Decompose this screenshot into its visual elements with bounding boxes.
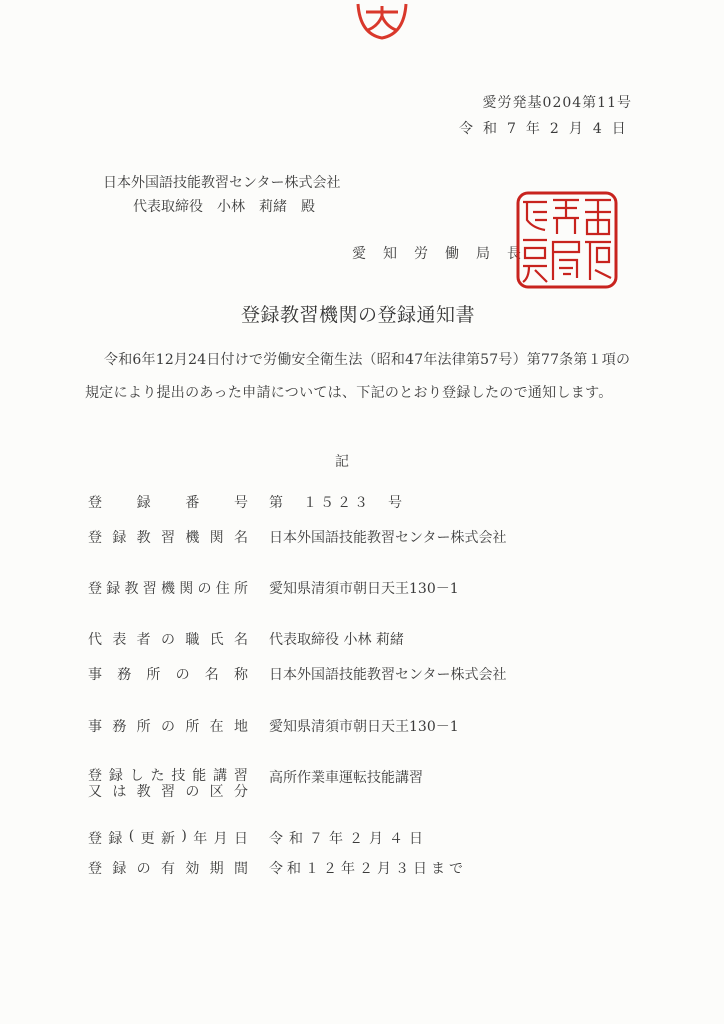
record-value: 代表取締役 小林 莉緒 bbox=[269, 629, 404, 649]
record-value: 愛知県清須市朝日天王130－1 bbox=[269, 716, 459, 736]
record-value: 愛知県清須市朝日天王130－1 bbox=[269, 578, 459, 598]
record-value: 第 １５２３ 号 bbox=[269, 492, 405, 512]
record-value: 令和７年２月４日 bbox=[269, 828, 429, 848]
record-label: 登録教習機関の住所 bbox=[88, 578, 248, 598]
record-label: 登録した技能講習 又は教習の区分 bbox=[88, 768, 248, 800]
record-label: 登録教習機関名 bbox=[88, 527, 248, 547]
record-value: 令和１２年２月３日まで bbox=[269, 858, 467, 878]
official-seal-icon bbox=[515, 190, 619, 290]
record-label: 代表者の職氏名 bbox=[88, 629, 248, 649]
record-label: 事務所の所在地 bbox=[88, 716, 248, 736]
record-value: 日本外国語技能教習センター株式会社 bbox=[269, 664, 506, 684]
record-value: 日本外国語技能教習センター株式会社 bbox=[269, 527, 506, 547]
record-label: 登録(更新)年月日 bbox=[88, 828, 248, 848]
ministry-emblem-icon bbox=[352, 0, 412, 42]
body-text-line-2: 規定により提出のあった申請については、下記のとおり登録したので通知します。 bbox=[85, 382, 613, 402]
ki-heading: 記 bbox=[335, 451, 349, 471]
record-label: 事務所の名称 bbox=[88, 664, 248, 684]
record-label: 登録番号 bbox=[88, 492, 248, 512]
document-title: 登録教習機関の登録通知書 bbox=[241, 300, 475, 327]
record-label: 登録の有効期間 bbox=[88, 858, 248, 878]
addressee-company: 日本外国語技能教習センター株式会社 bbox=[103, 172, 340, 192]
record-value: 高所作業車運転技能講習 bbox=[269, 767, 423, 787]
issuer-name: 愛知労働局長 bbox=[352, 243, 538, 263]
notification-document: 愛労発基0204第11号 令和7年2月4日 日本外国語技能教習センター株式会社 … bbox=[0, 0, 724, 1024]
document-number: 愛労発基0204第11号 bbox=[483, 92, 632, 112]
body-text-line-1: 令和6年12月24日付けで労働安全衛生法（昭和47年法律第57号）第77条第１項… bbox=[104, 349, 630, 369]
document-date: 令和7年2月4日 bbox=[459, 118, 636, 138]
addressee-person: 代表取締役 小林 莉緒 殿 bbox=[133, 196, 315, 216]
